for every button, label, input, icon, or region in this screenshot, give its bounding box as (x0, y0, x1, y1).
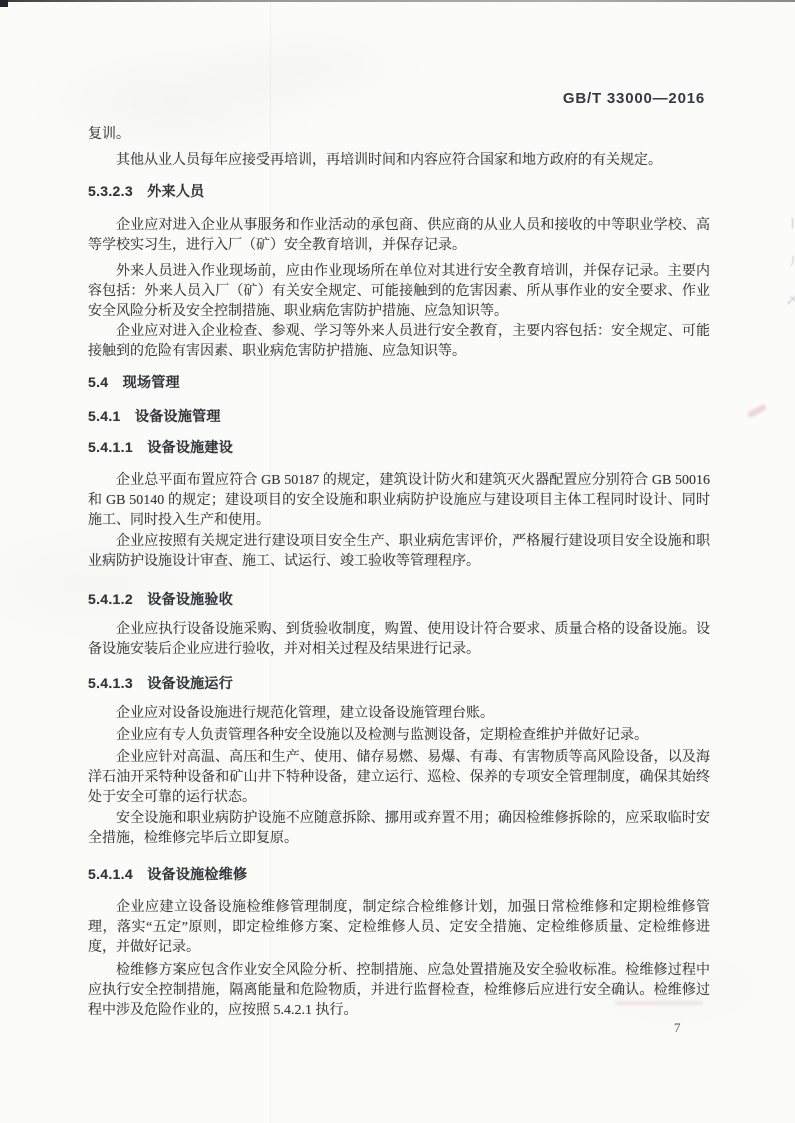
scan-smudge-artifact (615, 1001, 703, 1005)
body-paragraph: 检维修方案应包含作业安全风险分析、控制措施、应急处置措施及安全验收标准。检维修过… (88, 961, 710, 1021)
body-paragraph: 安全设施和职业病防护设施不应随意拆除、挪用或弃置不用；确因检维修拆除的，应采取临… (88, 809, 710, 849)
section-heading: 5.4.1.1 设备设施建设 (88, 437, 710, 457)
body-paragraph: 企业总平面布置应符合 GB 50187 的规定，建筑设计防火和建筑灭火器配置应分… (88, 471, 710, 531)
section-heading: 5.4.1.2 设备设施验收 (88, 589, 710, 609)
body-paragraph: 企业应对设备设施进行规范化管理，建立设备设施管理台账。 (88, 704, 710, 724)
body-paragraph: 企业应对进入企业从事服务和作业活动的承包商、供应商的从业人员和接收的中等职业学校… (88, 216, 710, 256)
body-paragraph: 其他从业人员每年应接受再培训，再培训时间和内容应符合国家和地方政府的有关规定。 (88, 151, 710, 171)
body-paragraph: 复训。 (88, 125, 710, 145)
body-paragraph: 外来人员进入作业现场前，应由作业现场所在单位对其进行安全教育培训，并保存记录。主… (88, 262, 710, 322)
page-number: 7 (674, 1020, 681, 1036)
standard-number-header: GB/T 33000—2016 (563, 90, 705, 107)
section-heading: 5.4 现场管理 (88, 372, 710, 392)
body-paragraph: 企业应执行设备设施采购、到货验收制度，购置、使用设计符合要求、质量合格的设备设施… (88, 620, 710, 660)
body-paragraph: 企业应建立设备设施检维修管理制度，制定综合检维修计划，加强日常检维修和定期检维修… (88, 898, 710, 958)
body-paragraph: 企业应有专人负责管理各种安全设施以及检测与监测设备，定期检查维护并做好记录。 (88, 726, 710, 746)
document-body: 复训。 其他从业人员每年应接受再培训，再培训时间和内容应符合国家和地方政府的有关… (88, 125, 710, 1021)
body-paragraph: 企业应针对高温、高压和生产、使用、储存易燃、易爆、有毒、有害物质等高风险设备，以… (88, 748, 710, 808)
section-heading: 5.4.1.4 设备设施检维修 (88, 864, 710, 884)
page-edge-bleed-artifact: 丨 丿 乄 (787, 205, 795, 315)
scan-corner-mark (0, 0, 8, 7)
body-paragraph: 企业应按照有关规定进行建设项目安全生产、职业病危害评价，严格履行建设项目安全设施… (88, 532, 710, 572)
scan-top-edge-line (0, 0, 795, 2)
body-paragraph: 企业应对进入企业检查、参观、学习等外来人员进行安全教育，主要内容包括：安全规定、… (88, 322, 710, 362)
section-heading: 5.4.1.3 设备设施运行 (88, 673, 710, 693)
scan-pink-artifact (747, 404, 767, 419)
section-heading: 5.4.1 设备设施管理 (88, 406, 710, 426)
section-heading: 5.3.2.3 外来人员 (88, 181, 710, 201)
